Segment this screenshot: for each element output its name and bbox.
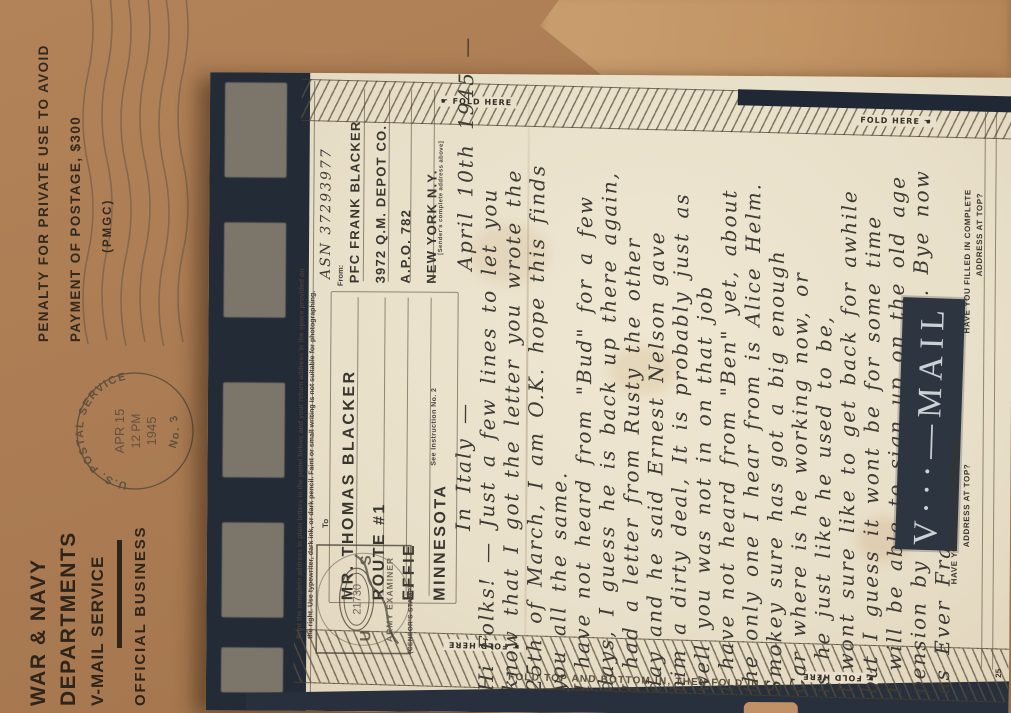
letter-date: April 10th 1945 — bbox=[452, 36, 478, 389]
vmail-photo-sheet: ☛ FOLD HERE FOLD HERE ☚ ☛ FOLD HERE ☛ FO… bbox=[206, 72, 1011, 713]
letter-body: In Italy — April 10th 1945 — Hi Folks! —… bbox=[450, 91, 959, 695]
penalty-line-3: (PMGC) bbox=[92, 110, 124, 342]
see-instruction-note: See Instruction No. 2 bbox=[430, 370, 442, 466]
sender-imprint: WAR & NAVY DEPARTMENTS V-MAIL SERVICE OF… bbox=[24, 456, 172, 706]
form-page-number: 25 bbox=[994, 662, 1004, 678]
from-address-line: PFC FRANK BLACKER bbox=[342, 87, 369, 283]
envelope-flap bbox=[540, 0, 1011, 86]
imprint-line-1: WAR & NAVY bbox=[24, 456, 54, 706]
postmark-arc-bottom: No. 3 bbox=[167, 412, 182, 450]
censor-caption: (CENSOR'S STAMP) bbox=[407, 548, 419, 654]
postmark-year: 1945 bbox=[144, 417, 159, 446]
address-check-note: HAVE YOU FILLED IN COMPLETE ADDRESS AT T… bbox=[949, 426, 980, 584]
postmark-date: APR 15 bbox=[112, 409, 127, 454]
from-address-line: 3972 Q.M. DEPOT CO. bbox=[367, 87, 394, 283]
from-address-line: A.P.O. 782 bbox=[393, 87, 420, 283]
postmark-time: 12 PM bbox=[129, 414, 143, 449]
from-address: PFC FRANK BLACKER3972 Q.M. DEPOT CO.A.P.… bbox=[342, 87, 445, 284]
film-frame bbox=[221, 522, 284, 617]
film-frame bbox=[224, 222, 287, 317]
scanned-vmail-letter-and-envelope: PENALTY FOR PRIVATE USE TO AVOID PAYMENT… bbox=[0, 0, 1011, 713]
film-frame bbox=[221, 647, 283, 692]
imprint-divider-bar bbox=[117, 540, 122, 648]
letter-place: In Italy — bbox=[450, 402, 476, 691]
sender-note: [Sender's complete address above] bbox=[438, 155, 449, 255]
address-check-line-2: ADDRESS AT TOP? bbox=[961, 426, 974, 584]
imprint-line-3: V-MAIL SERVICE bbox=[84, 456, 112, 706]
film-frame bbox=[225, 82, 288, 177]
form-border-line bbox=[992, 98, 997, 670]
address-check-note: HAVE YOU FILLED IN COMPLETE ADDRESS AT T… bbox=[961, 135, 990, 333]
penalty-line-1: PENALTY FOR PRIVATE USE TO AVOID bbox=[28, 10, 60, 342]
penalty-notice: PENALTY FOR PRIVATE USE TO AVOID PAYMENT… bbox=[28, 10, 132, 342]
censor-number: 21730 bbox=[351, 584, 363, 615]
censor-u: U bbox=[357, 630, 374, 641]
svg-text:No. 3: No. 3 bbox=[167, 412, 182, 450]
address-check-line-2: ADDRESS AT TOP? bbox=[973, 136, 986, 334]
address-check-line-1: HAVE YOU FILLED IN COMPLETE bbox=[949, 426, 962, 584]
penalty-line-2: PAYMENT OF POSTAGE, $300 bbox=[60, 10, 92, 342]
imprint-line-2: DEPARTMENTS bbox=[54, 456, 84, 706]
film-frame bbox=[222, 382, 285, 477]
letter-lines: Hi Folks! — Just a few lines to let youk… bbox=[474, 91, 958, 694]
imprint-line-4: OFFICIAL BUSINESS bbox=[128, 456, 154, 706]
envelope-notch bbox=[744, 702, 798, 713]
